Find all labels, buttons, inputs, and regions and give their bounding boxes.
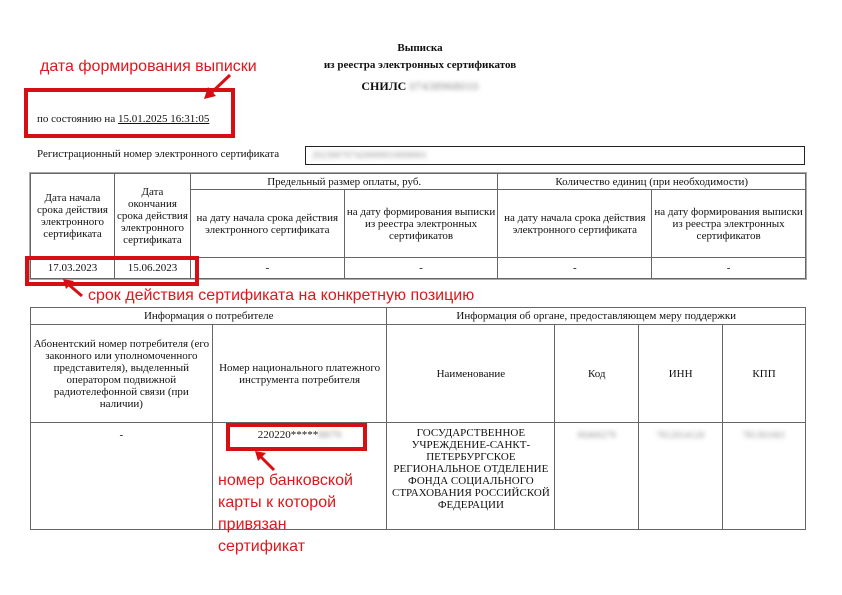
code-redacted: 00400279 bbox=[578, 429, 616, 441]
col-name: Наименование bbox=[387, 325, 555, 423]
annotation-line: привязан bbox=[218, 514, 353, 536]
annotation-card-number: номер банковской карты к которой привяза… bbox=[218, 470, 353, 558]
inn-redacted: 7812014120 bbox=[657, 429, 705, 441]
payment-at-start-cell: - bbox=[190, 258, 344, 279]
annotation-validity-period: срок действия сертификата на конкретную … bbox=[88, 286, 474, 306]
units-at-start-header: на дату начала срока действия электронно… bbox=[498, 190, 652, 258]
payment-at-statement-cell: - bbox=[344, 258, 498, 279]
units-at-statement-header: на дату формирования выписки из реестра … bbox=[652, 190, 806, 258]
statement-date-line: по состоянию на 15.01.2025 16:31:05 bbox=[37, 113, 209, 125]
units-at-start-cell: - bbox=[498, 258, 652, 279]
inn-cell: 7812014120 bbox=[639, 423, 723, 530]
authority-name-cell: ГОСУДАРСТВЕННОЕ УЧРЕЖДЕНИЕ-САНКТ-ПЕТЕРБУ… bbox=[387, 423, 555, 530]
highlight-validity-period bbox=[25, 256, 199, 286]
statement-datetime: 15.01.2025 16:31:05 bbox=[118, 113, 209, 125]
kpp-redacted: 781301001 bbox=[742, 429, 785, 441]
col-end-date: Дата окончания срока действия электронно… bbox=[114, 174, 190, 258]
group-payment-limit: Предельный размер оплаты, руб. bbox=[190, 174, 498, 190]
snils-label: СНИЛС bbox=[361, 79, 406, 93]
snils-value-redacted: 07438968010 bbox=[409, 78, 478, 95]
snils-row: СНИЛС 07438968010 bbox=[300, 78, 540, 95]
document-subtitle: из реестра электронных сертификатов bbox=[300, 57, 540, 74]
annotation-line: карты к которой bbox=[218, 492, 353, 514]
highlight-card-number bbox=[226, 423, 367, 451]
group-units: Количество единиц (при необходимости) bbox=[498, 174, 806, 190]
group-authority-info: Информация об органе, предоставляющем ме… bbox=[387, 308, 806, 325]
payment-at-statement-header: на дату формирования выписки из реестра … bbox=[344, 190, 498, 258]
reg-number-value-redacted: 202300707420690010000001 bbox=[312, 147, 427, 163]
annotation-line: номер банковской bbox=[218, 470, 353, 492]
document-title: Выписка bbox=[300, 40, 540, 57]
units-at-statement-cell: - bbox=[652, 258, 806, 279]
group-consumer-info: Информация о потребителе bbox=[31, 308, 387, 325]
phone-cell: - bbox=[31, 423, 213, 530]
consumer-authority-table: Информация о потребителе Информация об о… bbox=[30, 307, 806, 530]
table-row: - 220220*****8879 ГОСУДАРСТВЕННОЕ УЧРЕЖД… bbox=[31, 423, 806, 530]
reg-number-label: Регистрационный номер электронного серти… bbox=[37, 148, 279, 160]
reg-number-field: 202300707420690010000001 bbox=[305, 146, 805, 165]
annotation-line: сертификат bbox=[218, 536, 353, 558]
payment-at-start-header: на дату начала срока действия электронно… bbox=[190, 190, 344, 258]
document-header: Выписка из реестра электронных сертифика… bbox=[300, 40, 540, 95]
col-inn: ИНН bbox=[639, 325, 723, 423]
col-phone: Абонентский номер потребителя (его закон… bbox=[31, 325, 213, 423]
statement-date-prefix: по состоянию на bbox=[37, 113, 115, 125]
col-start-date: Дата начала срока действия электронного … bbox=[31, 174, 115, 258]
arrow-icon bbox=[60, 276, 90, 300]
col-kpp: КПП bbox=[723, 325, 806, 423]
kpp-cell: 781301001 bbox=[723, 423, 806, 530]
col-code: Код bbox=[555, 325, 639, 423]
col-card-number: Номер национального платежного инструмен… bbox=[212, 325, 387, 423]
code-cell: 00400279 bbox=[555, 423, 639, 530]
